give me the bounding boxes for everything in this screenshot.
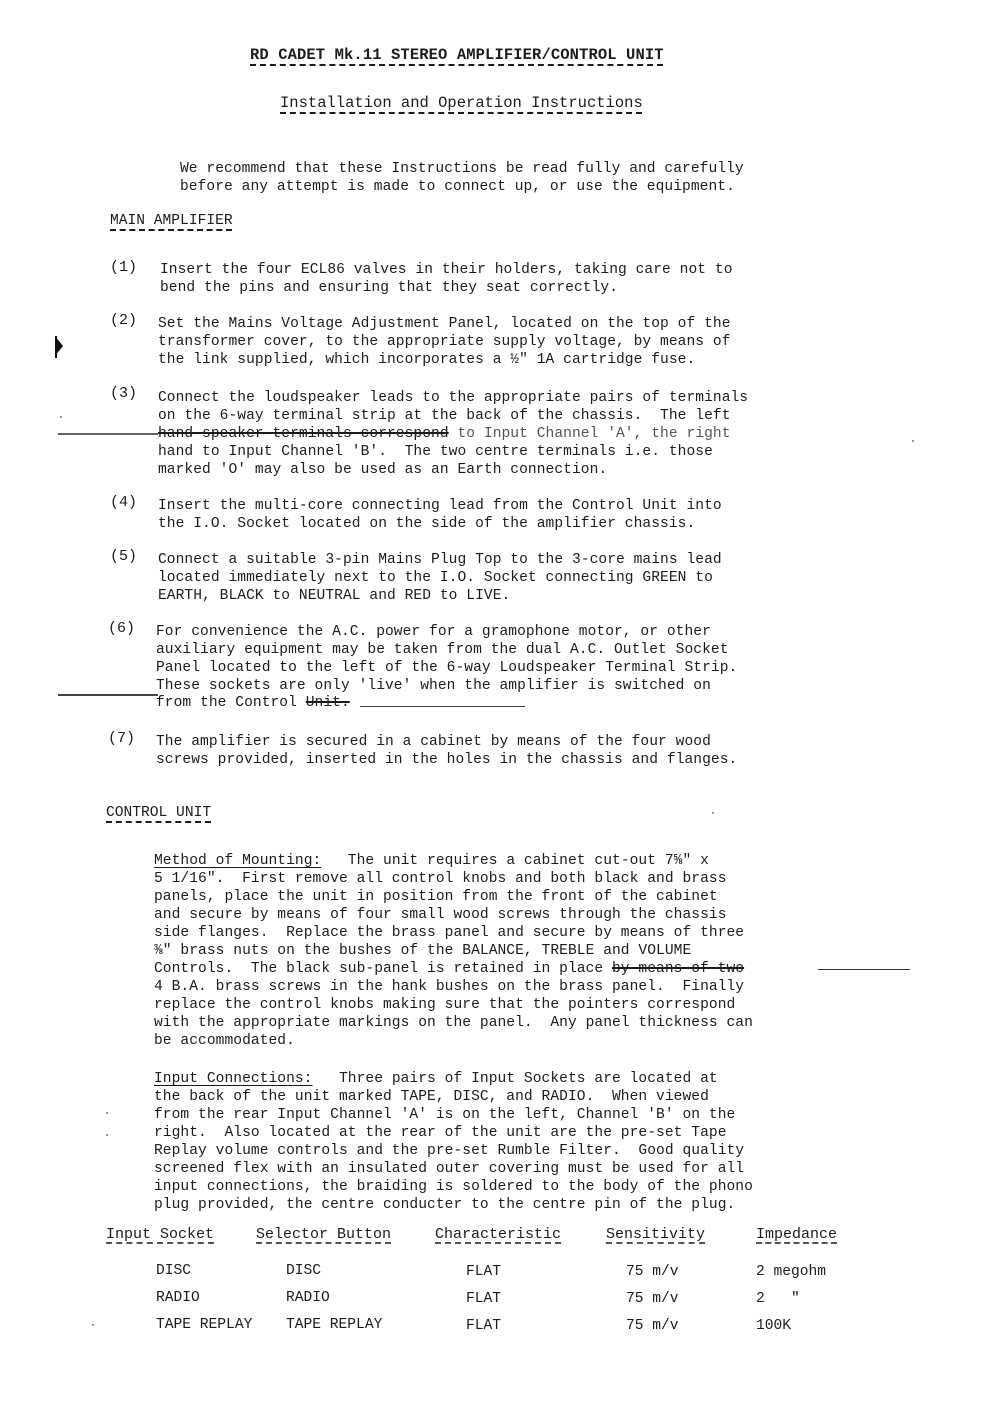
intro-line-2: before any attempt is made to connect up… [180,178,735,196]
item-line: on the 6-way terminal strip at the back … [158,407,731,425]
item-number: (4) [110,494,137,512]
paragraph-line: Replay volume controls and the pre-set R… [154,1142,744,1160]
speck [92,1324,94,1326]
cell-characteristic: FLAT [466,1291,501,1307]
cell-selector-button: DISC [286,1263,321,1279]
cell-sensitivity: 75 m/v [626,1318,679,1334]
cell-input-socket: DISC [156,1263,191,1279]
paragraph-line: input connections, the braiding is solde… [154,1178,753,1196]
plain-text: Controls. The black sub-panel is retaine… [154,961,612,977]
margin-mark-stem [55,336,57,358]
paragraph-line: screened flex with an insulated outer co… [154,1160,744,1178]
paragraph-line: 4 B.A. brass screws in the hank bushes o… [154,978,744,996]
item-line: transformer cover, to the appropriate su… [158,333,731,351]
item-line: Connect a suitable 3-pin Mains Plug Top … [158,551,722,569]
paragraph-line: and secure by means of four small wood s… [154,906,727,924]
cell-input-socket: RADIO [156,1290,200,1306]
speck [912,440,914,442]
section-heading-control-unit: CONTROL UNIT [106,804,211,822]
speck [712,812,714,814]
line-text: Three pairs of Input Sockets are located… [313,1071,718,1087]
paragraph-line: 5 1/16". First remove all control knobs … [154,870,727,888]
paragraph-line: from the rear Input Channel 'A' is on th… [154,1106,735,1124]
item-line-with-strike: hand speaker terminals correspond to Inp… [158,425,731,443]
item-line: screws provided, inserted in the holes i… [156,751,737,769]
struck-text: by means of two [612,961,744,977]
item-line: located immediately next to the I.O. Soc… [158,569,713,587]
document-title: RD CADET Mk.11 STEREO AMPLIFIER/CONTROL … [250,46,664,64]
cell-sensitivity: 75 m/v [626,1264,679,1280]
cell-characteristic: FLAT [466,1318,501,1334]
item-line: the I.O. Socket located on the side of t… [158,515,695,533]
document-subtitle: Installation and Operation Instructions [280,94,643,112]
intro-line-1: We recommend that these Instructions be … [180,160,744,178]
paragraph-line: side flanges. Replace the brass panel an… [154,924,744,942]
smudge-line [360,706,525,707]
speck [106,1112,108,1114]
cell-impedance: 100K [756,1318,791,1334]
struck-text: Unit. [306,695,350,711]
struck-text: hand speaker terminals correspond [158,426,449,442]
smudge-line [818,969,910,970]
item-line: hand to Input Channel 'B'. The two centr… [158,443,713,461]
item-line-with-strike: from the Control Unit. [156,694,350,712]
cell-impedance: 2 " [756,1291,800,1307]
speck [60,416,62,418]
line-text: The unit requires a cabinet cut-out 7⅝" … [321,853,709,869]
item-line: bend the pins and ensuring that they sea… [160,279,618,297]
item-line: EARTH, BLACK to NEUTRAL and RED to LIVE. [158,587,510,605]
column-header-selector-button: Selector Button [256,1226,391,1243]
smudge-line [58,433,158,435]
smudge-line [58,694,158,696]
item-line: the link supplied, which incorporates a … [158,351,695,369]
item-number: (7) [108,730,135,748]
item-number: (5) [110,548,137,566]
item-line: Panel located to the left of the 6-way L… [156,659,737,677]
input-connections-label: Input Connections: [154,1071,313,1087]
item-line: These sockets are only 'live' when the a… [156,677,711,695]
plain-text: from the Control [156,695,306,711]
column-header-sensitivity: Sensitivity [606,1226,705,1243]
paragraph-line: panels, place the unit in position from … [154,888,718,906]
item-number: (3) [110,385,137,403]
paragraph-line: with the appropriate markings on the pan… [154,1014,753,1032]
column-header-characteristic: Characteristic [435,1226,561,1243]
item-number: (1) [110,259,137,277]
paragraph-line: Method of Mounting: The unit requires a … [154,852,709,870]
item-line: The amplifier is secured in a cabinet by… [156,733,711,751]
paragraph-line: plug provided, the centre conducter to t… [154,1196,735,1214]
paragraph-line: ⅜" brass nuts on the bushes of the BALAN… [154,942,691,960]
item-line: auxiliary equipment may be taken from th… [156,641,729,659]
column-header-impedance: Impedance [756,1226,837,1243]
item-line: Insert the multi-core connecting lead fr… [158,497,722,515]
paragraph-line: the back of the unit marked TAPE, DISC, … [154,1088,709,1106]
paragraph-line: Input Connections: Three pairs of Input … [154,1070,718,1088]
cell-characteristic: FLAT [466,1264,501,1280]
item-line: Insert the four ECL86 valves in their ho… [160,261,733,279]
column-header-input-socket: Input Socket [106,1226,214,1243]
item-line: For convenience the A.C. power for a gra… [156,623,711,641]
section-heading-main-amplifier: MAIN AMPLIFIER [110,212,233,230]
item-line: Set the Mains Voltage Adjustment Panel, … [158,315,731,333]
mounting-label: Method of Mounting: [154,853,321,869]
cell-impedance: 2 megohm [756,1264,826,1280]
cell-selector-button: RADIO [286,1290,330,1306]
cell-input-socket: TAPE REPLAY [156,1317,252,1333]
item-number: (6) [108,620,135,638]
speck [106,1134,108,1136]
cell-selector-button: TAPE REPLAY [286,1317,382,1333]
item-number: (2) [110,312,137,330]
faded-text: to Input Channel 'A', the right [449,426,731,442]
cell-sensitivity: 75 m/v [626,1291,679,1307]
paragraph-line: right. Also located at the rear of the u… [154,1124,727,1142]
paragraph-line: be accommodated. [154,1032,295,1050]
paragraph-line: replace the control knobs making sure th… [154,996,735,1014]
paragraph-line-with-strike: Controls. The black sub-panel is retaine… [154,960,744,978]
item-line: Connect the loudspeaker leads to the app… [158,389,748,407]
item-line: marked 'O' may also be used as an Earth … [158,461,607,479]
